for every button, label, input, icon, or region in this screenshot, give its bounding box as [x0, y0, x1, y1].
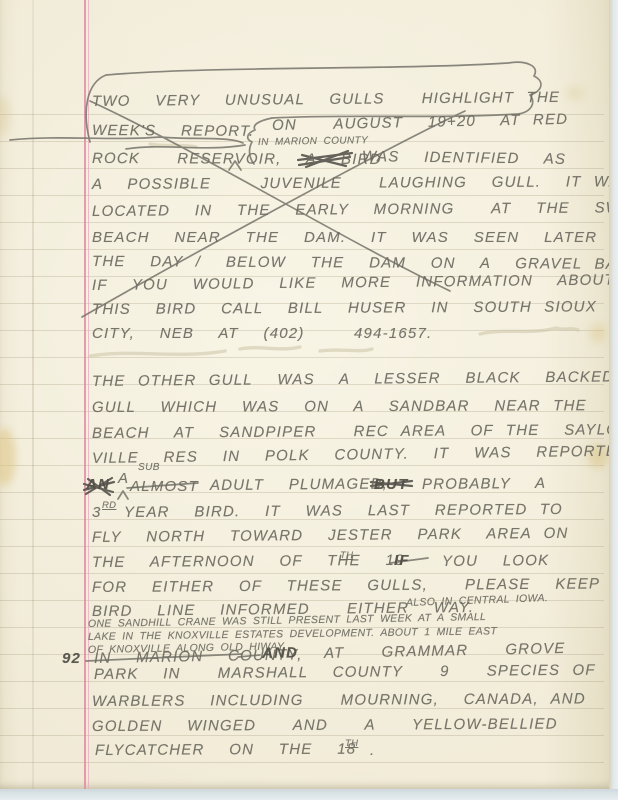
line-lesser-black-backed: THE OTHER GULL WAS A LESSER BLACK BACKED	[92, 368, 614, 390]
line-sandpiper-rec-area: BEACH AT SANDPIPER REC AREA OF THE SAYLO…	[92, 421, 618, 442]
line-polk-county: VILLE RES IN POLK COUNTY. IT WAS REPORTE…	[92, 443, 618, 467]
insert-a: A	[118, 470, 129, 487]
superscript-rd: RD	[102, 500, 116, 511]
notebook-paper: TWO VERY UNUSUAL GULLS HIGHLIGHT THEWEEK…	[0, 0, 618, 789]
insert-in-marion-county: IN MARION COUNTY	[258, 135, 368, 148]
struck-word-but: BUT	[374, 476, 408, 493]
line-rock-reservoir: ROCK RESERVOIR, A BIRD	[92, 150, 382, 168]
struck-word-if: IF	[394, 552, 410, 569]
handwriting-layer: TWO VERY UNUSUAL GULLS HIGHLIGHT THEWEEK…	[0, 0, 618, 789]
line-probably-a: PROBABLY A	[422, 475, 546, 493]
word-and: AND	[262, 644, 298, 662]
period: .	[370, 742, 375, 759]
line-afternoon-19th: THE AFTERNOON OF THE 19	[92, 552, 405, 571]
scanner-background-bottom	[0, 789, 618, 800]
line-marshall-county: PARK IN MARSHALL COUNTY 9 SPECIES OF	[94, 662, 596, 683]
line-was-identified: WAS IDENTIFIED AS	[362, 148, 566, 168]
line-on-august: ON AUGUST 19+20 AT RED	[272, 111, 569, 134]
line-call-bill-huser: THIS BIRD CALL BILL HUSER IN SOUTH SIOUX	[92, 298, 597, 318]
line-two-very-unusual: TWO VERY UNUSUAL GULLS HIGHLIGHT THE	[92, 89, 560, 110]
insert-sub: SUB	[138, 462, 160, 473]
line-beach-near-dam: BEACH NEAR THE DAM. IT WAS SEEN LATER IN	[92, 229, 618, 246]
line-adult-plumaged: ADULT PLUMAGED,	[210, 475, 388, 494]
line-possible-juvenile: A POSSIBLE JUVENILE LAUGHING GULL. IT WA…	[92, 173, 618, 193]
insert-also-central-iowa: ALSO IN CENTRAL IOWA.	[406, 592, 548, 609]
line-grammar-grove: AT GRAMMAR GROVE	[324, 640, 566, 662]
line-you-look: YOU LOOK	[442, 552, 549, 570]
struck-word-almost: ALMOST	[130, 478, 199, 495]
line-jester-park: FLY NORTH TOWARD JESTER PARK AREA ON	[92, 525, 569, 546]
scanner-background-right	[609, 0, 618, 789]
line-weeks-report: WEEK'S REPORT.	[92, 122, 254, 140]
superscript-th-2: TH	[345, 738, 358, 749]
scanned-page: TWO VERY UNUSUAL GULLS HIGHLIGHT THEWEEK…	[0, 0, 618, 800]
line-last-reported: YEAR BIRD. IT WAS LAST REPORTED TO	[124, 501, 563, 521]
line-located-early-morning: LOCATED IN THE EARLY MORNING AT THE SWIM	[92, 199, 618, 220]
margin-92: 92	[62, 650, 81, 667]
line-warblers: WARBLERS INCLUDING MOURNING, CANADA, AND	[92, 690, 586, 710]
line-golden-winged: GOLDEN WINGED AND A YELLOW-BELLIED	[92, 716, 558, 735]
line-below-dam-gravel-bar: THE DAY / BELOW THE DAM ON A GRAVEL BAR.	[92, 253, 618, 273]
superscript-th: TH	[340, 550, 353, 561]
line-3rd-year: 3	[92, 504, 102, 521]
line-flycatcher-18th: FLYCATCHER ON THE 18	[95, 741, 356, 759]
line-phone-number: CITY, NEB AT (402) 494-1657.	[92, 325, 432, 342]
line-sandbar-near: GULL WHICH WAS ON A SANDBAR NEAR THE	[92, 397, 587, 416]
scratched-word-an: AN	[86, 476, 110, 493]
line-more-information: IF YOU WOULD LIKE MORE INFORMATION ABOUT	[92, 272, 615, 294]
